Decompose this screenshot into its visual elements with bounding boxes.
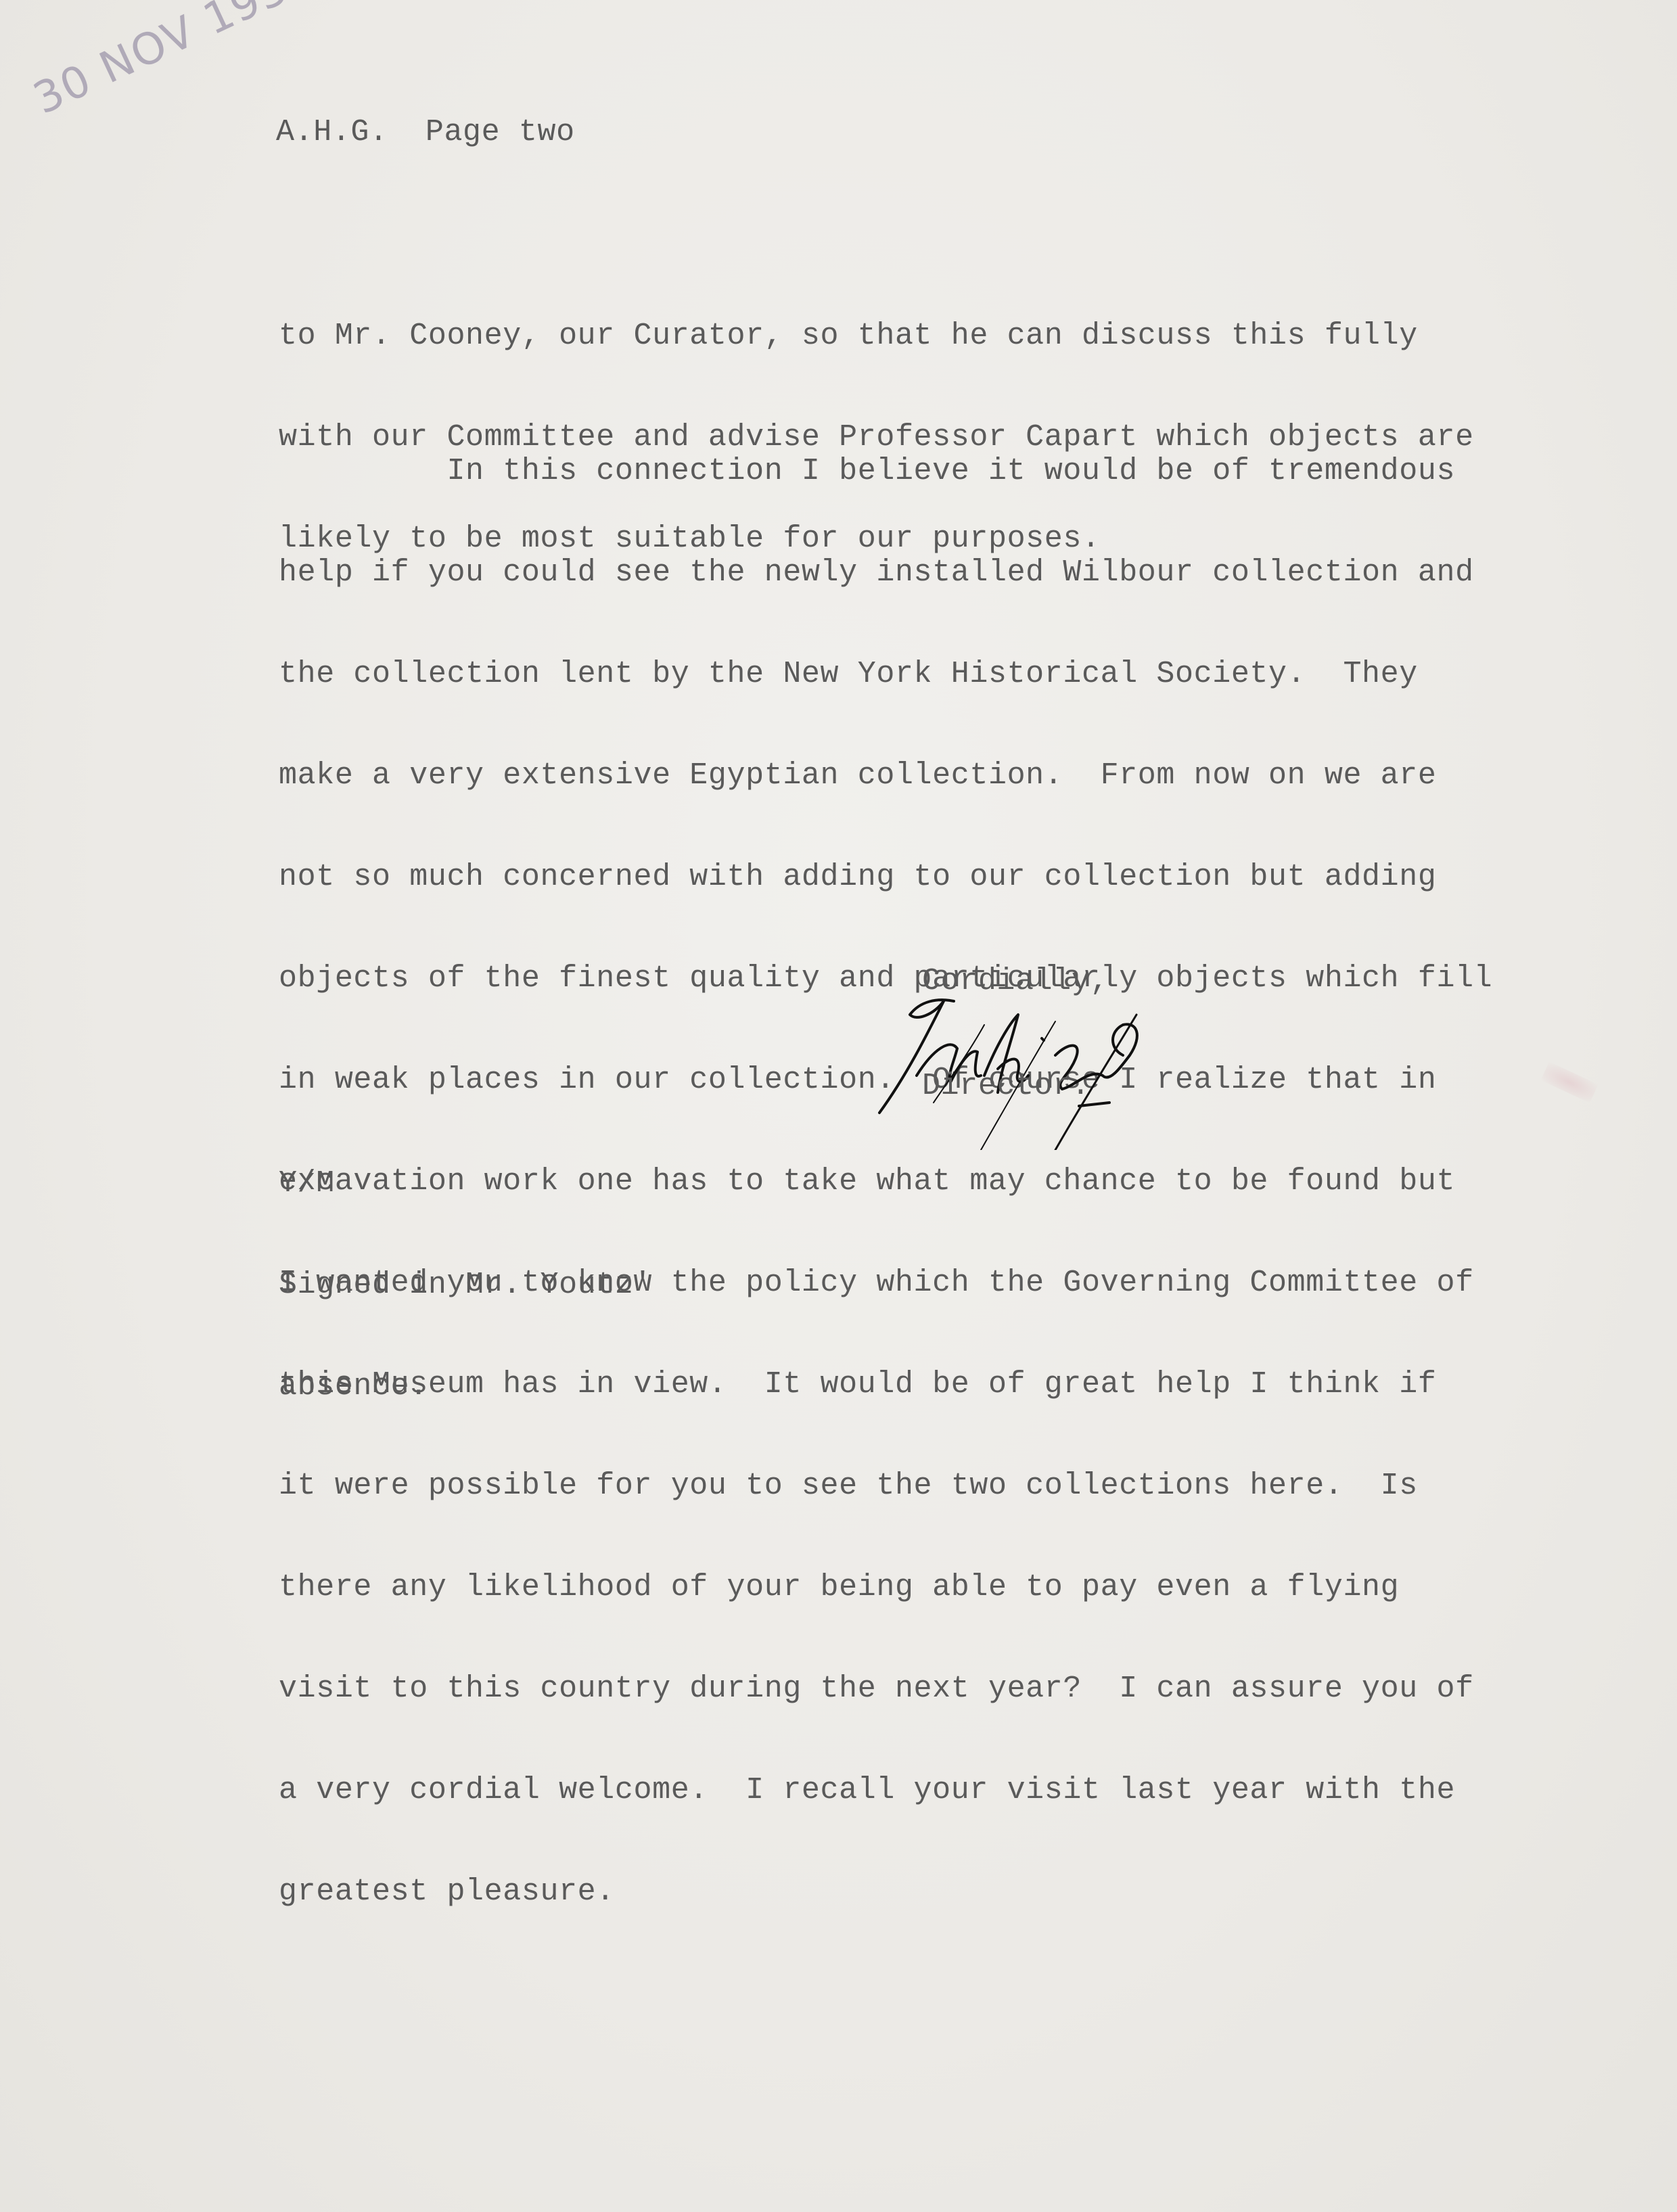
reference-notes: Y/M Signed in Mr. Youtz' absence. — [279, 1099, 652, 1471]
typist-initials: Y/M — [279, 1167, 652, 1201]
handwritten-signature-icon — [852, 974, 1164, 1150]
text-line: the collection lent by the New York Hist… — [279, 658, 1492, 691]
text-line: visit to this country during the next ye… — [279, 1672, 1492, 1706]
text-line: it were possible for you to see the two … — [279, 1469, 1492, 1503]
signing-note: Signed in Mr. Youtz' — [279, 1268, 652, 1302]
text-line: help if you could see the newly installe… — [279, 556, 1492, 590]
text-line: greatest pleasure. — [279, 1875, 1492, 1909]
received-date-stamp: 30 NOV 1937 — [26, 0, 322, 124]
text-line: make a very extensive Egyptian collectio… — [279, 759, 1492, 793]
text-line: to Mr. Cooney, our Curator, so that he c… — [279, 319, 1474, 353]
text-line: In this connection I believe it would be… — [279, 455, 1492, 488]
text-line: not so much concerned with adding to our… — [279, 860, 1492, 894]
text-line: a very cordial welcome. I recall your vi… — [279, 1774, 1492, 1807]
text-line: there any likelihood of your being able … — [279, 1571, 1492, 1605]
signing-note-continued: absence. — [279, 1370, 652, 1404]
signer-title: Director. — [922, 1069, 1090, 1103]
paper-smudge — [1540, 1062, 1598, 1103]
page-header: A.H.G. Page two — [276, 115, 575, 149]
letter-page: 30 NOV 1937 A.H.G. Page two to Mr. Coone… — [0, 0, 1677, 2212]
